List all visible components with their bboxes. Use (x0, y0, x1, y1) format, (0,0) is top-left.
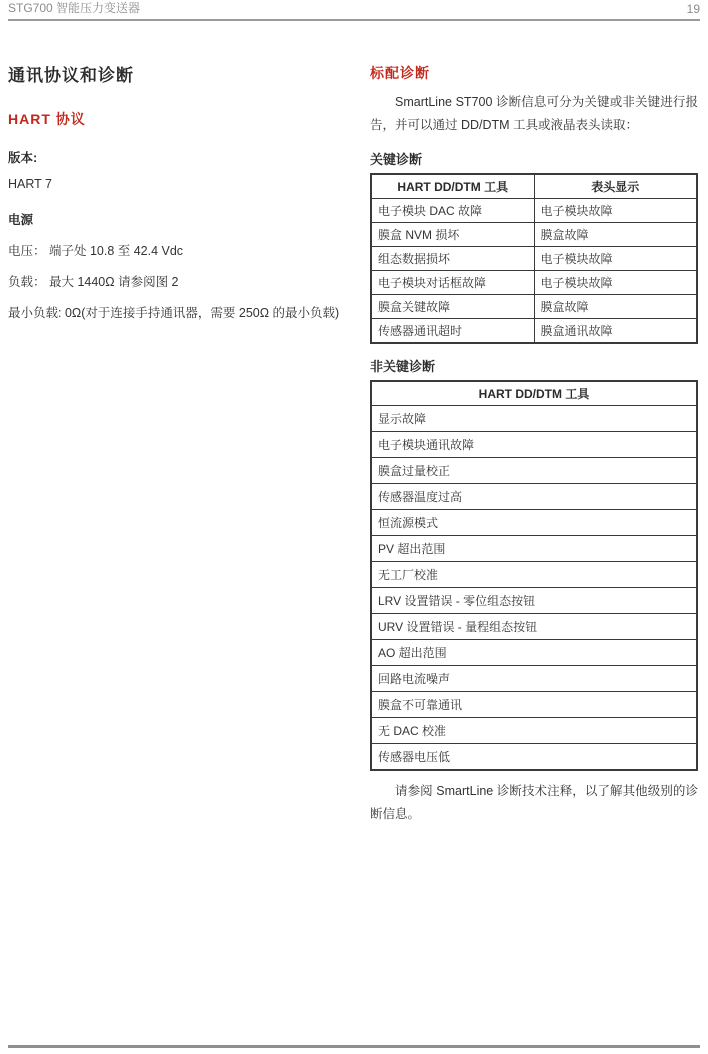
cell-display: 电子模块故障 (534, 199, 697, 223)
cell-tool: 膜盒 NVM 损坏 (371, 223, 534, 247)
standard-diagnostics-heading: 标配诊断 (370, 63, 698, 83)
table-row: 传感器电压低 (371, 744, 697, 771)
table-row: 电子模块对话框故障 电子模块故障 (371, 271, 697, 295)
cell-diagnostic: 回路电流噪声 (371, 666, 697, 692)
table-row: PV 超出范围 (371, 536, 697, 562)
cell-diagnostic: PV 超出范围 (371, 536, 697, 562)
cell-diagnostic: AO 超出范围 (371, 640, 697, 666)
cell-tool: 电子模块 DAC 故障 (371, 199, 534, 223)
table-row: 电子模块通讯故障 (371, 432, 697, 458)
table-row: AO 超出范围 (371, 640, 697, 666)
page-content: 通讯协议和诊断 HART 协议 版本: HART 7 电源 电压： 端子处 10… (8, 21, 698, 826)
table-row: 回路电流噪声 (371, 666, 697, 692)
table-row: 传感器温度过高 (371, 484, 697, 510)
table-row: 传感器通讯超时 膜盒通讯故障 (371, 319, 697, 344)
column-header: 表头显示 (534, 174, 697, 199)
cell-display: 膜盒通讯故障 (534, 319, 697, 344)
page-header: STG700 智能压力变送器 19 (8, 0, 700, 21)
page-number: 19 (687, 2, 700, 16)
cell-display: 电子模块故障 (534, 271, 697, 295)
cell-diagnostic: 膜盒不可靠通讯 (371, 692, 697, 718)
voltage-spec: 电压： 端子处 10.8 至 42.4 Vdc (8, 241, 360, 259)
cell-diagnostic: 电子模块通讯故障 (371, 432, 697, 458)
table-row: 无 DAC 校准 (371, 718, 697, 744)
table-row: LRV 设置错误 - 零位组态按钮 (371, 588, 697, 614)
table-row: 膜盒关键故障 膜盒故障 (371, 295, 697, 319)
outro-paragraph: 请参阅 SmartLine 诊断技术注释，以了解其他级别的诊断信息。 (370, 780, 698, 826)
table-row: 恒流源模式 (371, 510, 697, 536)
table-row: 显示故障 (371, 406, 697, 432)
right-column: 标配诊断 SmartLine ST700 诊断信息可分为关键或非关键进行报告，并… (370, 21, 698, 826)
cell-display: 膜盒故障 (534, 295, 697, 319)
cell-diagnostic: 传感器电压低 (371, 744, 697, 771)
column-header: HART DD/DTM 工具 (371, 174, 534, 199)
cell-tool: 组态数据损坏 (371, 247, 534, 271)
left-column: 通讯协议和诊断 HART 协议 版本: HART 7 电源 电压： 端子处 10… (8, 21, 360, 826)
critical-diagnostics-caption: 关键诊断 (370, 149, 698, 168)
table-row: 膜盒不可靠通讯 (371, 692, 697, 718)
min-load-spec: 最小负载: 0Ω(对于连接手持通讯器，需要 250Ω 的最小负载) (8, 303, 360, 321)
cell-tool: 电子模块对话框故障 (371, 271, 534, 295)
critical-diagnostics-table: HART DD/DTM 工具 表头显示 电子模块 DAC 故障 电子模块故障 膜… (370, 173, 698, 344)
version-value: HART 7 (8, 177, 360, 191)
cell-diagnostic: 膜盒过量校正 (371, 458, 697, 484)
table-row: 膜盒过量校正 (371, 458, 697, 484)
section-title: 通讯协议和诊断 (8, 61, 360, 86)
footer-rule (8, 1045, 700, 1048)
table-row: 组态数据损坏 电子模块故障 (371, 247, 697, 271)
cell-display: 膜盒故障 (534, 223, 697, 247)
table-row: 膜盒 NVM 损坏 膜盒故障 (371, 223, 697, 247)
table-row: URV 设置错误 - 量程组态按钮 (371, 614, 697, 640)
cell-display: 电子模块故障 (534, 247, 697, 271)
cell-diagnostic: 显示故障 (371, 406, 697, 432)
cell-diagnostic: 恒流源模式 (371, 510, 697, 536)
version-label: 版本: (8, 148, 360, 166)
noncritical-diagnostics-table: HART DD/DTM 工具 显示故障 电子模块通讯故障 膜盒过量校正 传感器温… (370, 380, 698, 771)
cell-tool: 膜盒关键故障 (371, 295, 534, 319)
document-title: STG700 智能压力变送器 (8, 0, 140, 16)
load-spec: 负载： 最大 1440Ω 请参阅图 2 (8, 272, 360, 290)
table-row: 电子模块 DAC 故障 电子模块故障 (371, 199, 697, 223)
cell-tool: 传感器通讯超时 (371, 319, 534, 344)
hart-protocol-heading: HART 协议 (8, 109, 360, 129)
cell-diagnostic: 无 DAC 校准 (371, 718, 697, 744)
table-header-row: HART DD/DTM 工具 表头显示 (371, 174, 697, 199)
table-row: 无工厂校准 (371, 562, 697, 588)
cell-diagnostic: 无工厂校准 (371, 562, 697, 588)
cell-diagnostic: 传感器温度过高 (371, 484, 697, 510)
cell-diagnostic: LRV 设置错误 - 零位组态按钮 (371, 588, 697, 614)
document-page: STG700 智能压力变送器 19 通讯协议和诊断 HART 协议 版本: HA… (0, 0, 708, 1054)
column-header: HART DD/DTM 工具 (371, 381, 697, 406)
cell-diagnostic: URV 设置错误 - 量程组态按钮 (371, 614, 697, 640)
power-heading: 电源 (8, 210, 360, 228)
table-header-row: HART DD/DTM 工具 (371, 381, 697, 406)
noncritical-diagnostics-caption: 非关键诊断 (370, 356, 698, 375)
intro-paragraph: SmartLine ST700 诊断信息可分为关键或非关键进行报告，并可以通过 … (370, 91, 698, 137)
